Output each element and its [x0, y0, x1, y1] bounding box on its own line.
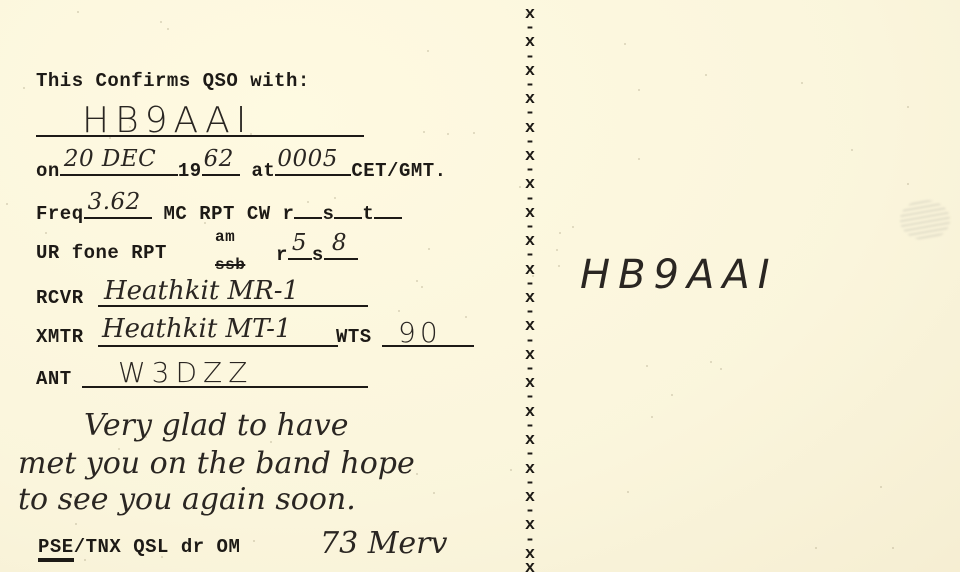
xmtr-underline: [98, 345, 338, 347]
paper-speck: [627, 491, 629, 493]
cw-r-field: [294, 201, 322, 219]
paper-speck: [75, 523, 77, 525]
paper-speck: [118, 448, 120, 450]
cw-s-label: s: [322, 203, 334, 225]
date-row: on20 DEC1962 at0005CET/GMT.: [36, 158, 447, 182]
callsign-underline: [36, 135, 364, 137]
x-dash-divider: x - x - x - x - x - x - x - x - x - x - …: [519, 8, 541, 572]
paper-speck: [161, 556, 163, 558]
freq-unit: MC RPT CW: [164, 203, 271, 225]
paper-speck: [556, 249, 558, 251]
paper-speck: [250, 133, 252, 135]
paper-speck: [23, 87, 25, 89]
time-field: 0005: [275, 158, 351, 176]
paper-speck: [334, 197, 336, 199]
year-value: 62: [204, 146, 234, 172]
xmtr-value: Heathkit MT-1: [102, 314, 291, 344]
paper-speck: [427, 50, 429, 52]
paper-speck: [253, 540, 255, 542]
message-line-3: to see you again soon.: [18, 482, 356, 517]
paper-speck: [114, 250, 116, 252]
fone-s-label: s: [312, 244, 324, 266]
paper-speck: [558, 265, 560, 267]
paper-speck: [45, 232, 47, 234]
freq-field: 3.62: [84, 201, 152, 219]
paper-speck: [651, 416, 653, 418]
footer-pse-underlined: PSE: [38, 536, 74, 562]
paper-speck: [129, 126, 131, 128]
paper-speck: [705, 74, 707, 76]
paper-speck: [145, 436, 147, 438]
fone-r-label: r: [276, 244, 288, 266]
cw-t-field: [374, 201, 402, 219]
signoff: 73 Merv: [320, 526, 447, 561]
time-prefix: at: [252, 160, 276, 182]
paper-speck: [907, 106, 909, 108]
fone-s-value: 8: [332, 230, 347, 256]
cw-r-label: r: [283, 203, 295, 225]
confirms-label: This Confirms QSO with:: [36, 70, 310, 92]
paper-speck: [646, 365, 648, 367]
ant-value: W3DZZ: [118, 356, 253, 389]
paper-speck: [74, 496, 76, 498]
cw-s-field: [334, 201, 362, 219]
mode-ssb-struck: ssb: [215, 256, 245, 274]
paper-speck: [421, 286, 423, 288]
paper-speck: [398, 310, 400, 312]
paper-speck: [638, 158, 640, 160]
paper-speck: [433, 492, 435, 494]
footer-rest: /TNX QSL dr OM: [74, 536, 241, 558]
address-callsign: HB9AAI: [580, 252, 778, 298]
message-line-2: met you on the band hope: [18, 446, 415, 481]
date-prefix: on: [36, 160, 60, 182]
qsl-card: This Confirms QSO with: HB9AAI on20 DEC1…: [0, 0, 960, 572]
paper-speck: [526, 13, 528, 15]
paper-speck: [416, 473, 418, 475]
rcvr-value: Heathkit MR-1: [104, 276, 299, 306]
rcvr-label: RCVR: [36, 287, 84, 309]
fone-r-field: 5: [288, 242, 312, 260]
freq-row: Freq3.62 MC RPT CW rst: [36, 201, 402, 225]
footer-row: PSE/TNX QSL dr OM: [38, 536, 240, 558]
paper-speck: [416, 280, 418, 282]
paper-speck: [815, 547, 817, 549]
paper-speck: [892, 547, 894, 549]
paper-speck: [720, 368, 722, 370]
paper-speck: [447, 133, 449, 135]
paper-speck: [519, 186, 521, 188]
paper-speck: [160, 21, 162, 23]
time-value: 0005: [277, 146, 338, 172]
paper-speck: [559, 232, 561, 234]
paper-speck: [532, 275, 534, 277]
date-field: 20 DEC: [60, 158, 178, 176]
cw-t-label: t: [362, 203, 374, 225]
paper-speck: [801, 82, 803, 84]
fone-report: r5s8: [276, 242, 358, 266]
smudge-mark: [900, 200, 950, 240]
paper-speck: [167, 28, 169, 30]
freq-value: 3.62: [88, 189, 141, 215]
paper-speck: [510, 469, 512, 471]
paper-speck: [423, 131, 425, 133]
freq-label: Freq: [36, 203, 84, 225]
paper-speck: [428, 248, 430, 250]
paper-speck: [204, 222, 206, 224]
fone-s-field: 8: [324, 242, 358, 260]
fone-label: UR fone RPT: [36, 242, 167, 264]
paper-speck: [218, 469, 220, 471]
paper-speck: [226, 499, 228, 501]
paper-speck: [624, 43, 626, 45]
xmtr-label: XMTR: [36, 326, 84, 348]
paper-speck: [907, 183, 909, 185]
paper-speck: [851, 149, 853, 151]
paper-speck: [671, 394, 673, 396]
paper-speck: [638, 89, 640, 91]
paper-speck: [473, 132, 475, 134]
paper-speck: [256, 433, 258, 435]
year-prefix: 19: [178, 160, 202, 182]
paper-speck: [465, 316, 467, 318]
paper-speck: [109, 137, 111, 139]
wts-value: 90: [398, 316, 442, 349]
message-line-1: Very glad to have: [84, 408, 348, 443]
paper-speck: [880, 486, 882, 488]
fone-r-value: 5: [292, 230, 307, 256]
date-value: 20 DEC: [64, 146, 156, 172]
paper-speck: [6, 203, 8, 205]
paper-speck: [307, 201, 309, 203]
paper-speck: [77, 11, 79, 13]
wts-label: WTS: [336, 326, 372, 348]
timezone-label: CET/GMT.: [351, 160, 446, 182]
paper-speck: [270, 441, 272, 443]
ant-label: ANT: [36, 368, 72, 390]
year-field: 62: [202, 158, 240, 176]
paper-speck: [572, 226, 574, 228]
mode-am: am: [215, 228, 235, 246]
paper-speck: [710, 361, 712, 363]
fone-row: UR fone RPT: [36, 242, 167, 264]
paper-speck: [84, 559, 86, 561]
